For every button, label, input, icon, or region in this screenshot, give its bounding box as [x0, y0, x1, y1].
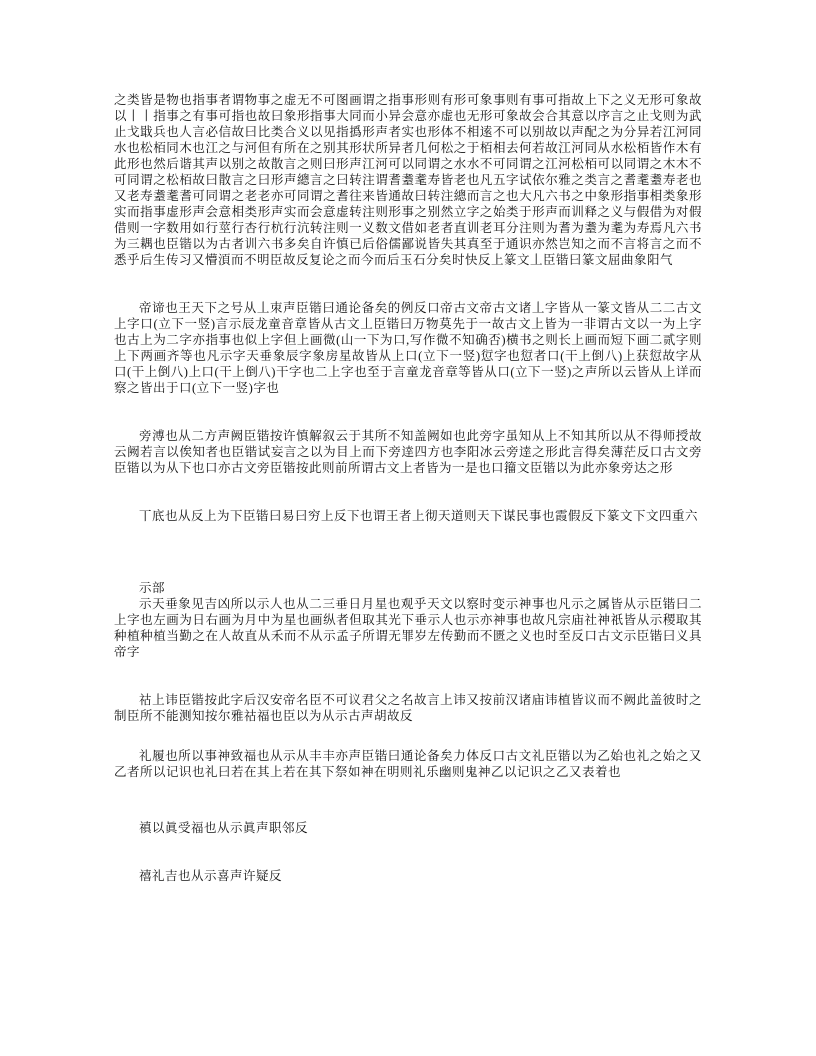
entry-zhen: 禛以眞受福也从示眞声职邻反: [114, 820, 702, 836]
entry-di: 帝谛也王天下之号从丄朿声臣锴曰通论备矣的例反口帝古文帝古文诸丄字皆从一篆文皆从二…: [114, 300, 702, 396]
section-header-shi-bu: 示部: [114, 580, 702, 596]
text-column: 之类皆是物也指事者谓物事之虚无不可图画谓之指事形则有形可象事则有事可指故上下之义…: [114, 92, 702, 884]
paragraph-liushu-discussion: 之类皆是物也指事者谓物事之虚无不可图画谓之指事形则有形可象事则有事可指故上下之义…: [114, 92, 702, 268]
entry-hu: 祜上讳臣锴按此字后汉安帝名臣不可议君父之名故言上讳又按前汉诸庙讳植皆议而不阙此盖…: [114, 692, 702, 724]
entry-li: 礼履也所以事神致福也从示从丰丰亦声臣锴曰通论备矣力体反口古文礼臣锴以为乙始也礼之…: [114, 748, 702, 780]
document-page: 之类皆是物也指事者谓物事之虚无不可图画谓之指事形则有形可象事则有事可指故上下之义…: [0, 0, 816, 1056]
entry-shi: 示天垂象见吉凶所以示人也从二三垂日月星也观乎天文以察时变示神事也凡示之属皆从示臣…: [114, 596, 702, 660]
entry-xi: 禧礼吉也从示喜声许疑反: [114, 868, 702, 884]
entry-xia: 丅底也从反上为下臣锴曰易曰穷上反下也谓王者上彻天道则天下谋民事也霞假反下篆文下文…: [114, 508, 702, 524]
entry-pang: 旁溥也从二方声阙臣锴按许慎解叙云于其所不知盖阙如也此旁字虽知从上不知其所以从不得…: [114, 428, 702, 476]
